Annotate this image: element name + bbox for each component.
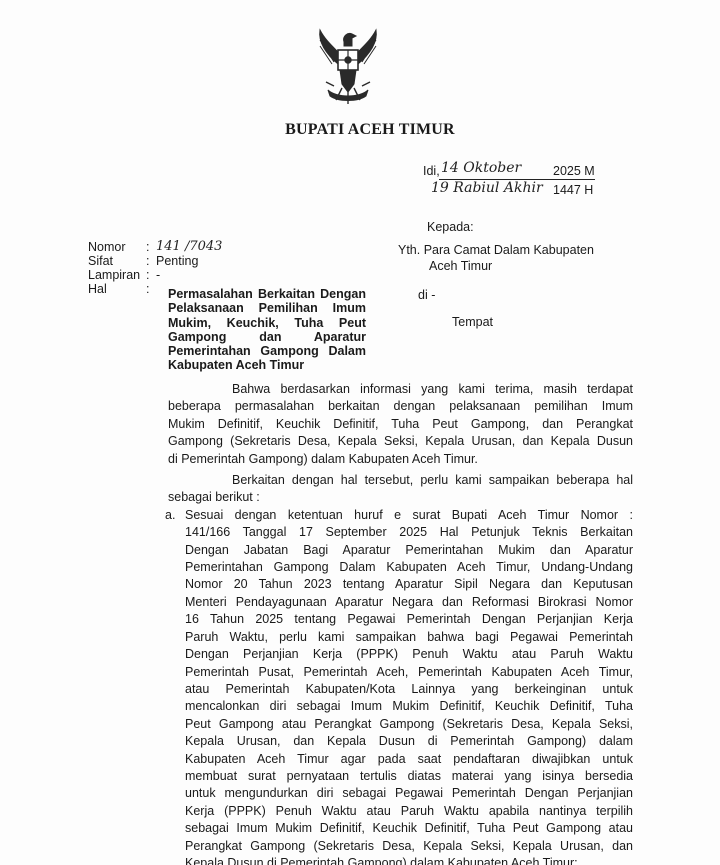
colon: : [146, 268, 156, 282]
place-prefix: Idi, [423, 164, 440, 178]
body-line: sebagai berikut : [168, 489, 633, 506]
body-line: di Pemerintah Gampong) dalam Kabupaten A… [168, 451, 633, 468]
lampiran-label: Lampiran [88, 268, 146, 282]
nomor-value: 141 /7043 [156, 240, 222, 254]
body-line: Dengan Jabatan Bagi Aparatur Pemerintaha… [185, 542, 633, 559]
list-item-a-text: Sesuai dengan ketentuan huruf e surat Bu… [185, 507, 633, 865]
subject-line: Mukim, Keuchik, Tuha Peut [168, 316, 366, 330]
body-line: mencalonkan diri sebagai Imum Mukim Defi… [185, 698, 633, 715]
body-line: Menteri Pendayagunaan Aparatur Negara da… [185, 594, 633, 611]
body-line: Perangkat Gampong (Sekretaris Desa, Kepa… [185, 838, 633, 855]
colon: : [146, 254, 156, 268]
body-line: 16 Tahun 2025 tentang Pegawai Pemerintah… [185, 611, 633, 628]
lampiran-value: - [156, 268, 160, 282]
body-line: Pemerintahan Gampong Dalam Kabupaten Ace… [185, 559, 633, 576]
body-line: Dengan Perjanjian Kerja (PPPK) Penuh Wak… [185, 646, 633, 663]
subject-line: Kabupaten Aceh Timur [168, 358, 366, 372]
body-line: Kepala Dusun di Pemerintah Gampong) dala… [185, 855, 633, 865]
list-item-a: a. Sesuai dengan ketentuan huruf e surat… [168, 507, 633, 865]
body-line: Kabupaten Aceh Timur agar pada saat pend… [185, 751, 633, 768]
nomor-label: Nomor [88, 240, 146, 254]
issuer-title: BUPATI ACEH TIMUR [0, 121, 720, 139]
lampiran-row: Lampiran : - [88, 268, 222, 282]
gregorian-date-handwritten: 14 Oktober [441, 160, 521, 176]
hijri-date-handwritten: 19 Rabiul Akhir [431, 180, 543, 196]
list-marker: a. [165, 507, 175, 524]
tempat-label: Tempat [452, 315, 493, 329]
colon: : [146, 240, 156, 254]
body-line: Gampong (Sekretaris Desa, Kepala Seksi, … [168, 433, 633, 450]
sifat-label: Sifat [88, 254, 146, 268]
body-line: beberapa permasalahan berkaitan dengan p… [168, 398, 633, 415]
body-line: atau Pemerintah Kabupaten/Kota Lainnya y… [185, 681, 633, 698]
body-line: untuk mengundurkan diri sebagai Pegawai … [185, 785, 633, 802]
body-line: 141/166 Tanggal 17 September 2025 Hal Pe… [185, 524, 633, 541]
body-line: sebagai Imum Mukim Definitif, Keuchik De… [185, 820, 633, 837]
body-line: Peut Gampong atau Perangkat Gampong (Sek… [185, 716, 633, 733]
body-line: Bahwa berdasarkan informasi yang kami te… [168, 381, 633, 398]
recipient-line-1: Yth. Para Camat Dalam Kabupaten [398, 242, 594, 258]
kepada-label: Kepada: [427, 220, 474, 234]
paragraph-1: Bahwa berdasarkan informasi yang kami te… [168, 381, 633, 468]
hijri-year: 1447 H [553, 183, 593, 197]
body-line: Nomor 20 Tahun 2023 tentang Aparatur Sip… [185, 576, 633, 593]
body-line: Berkaitan dengan hal tersebut, perlu kam… [168, 472, 633, 489]
subject-text: Permasalahan Berkaitan Dengan Pelaksanaa… [168, 287, 366, 373]
hal-label: Hal [88, 282, 146, 296]
body-line: Pemerintah Pusat, Pemerintah Aceh, Pemer… [185, 664, 633, 681]
colon: : [146, 282, 156, 296]
subject-line: Permasalahan Berkaitan Dengan [168, 287, 366, 301]
recipient-address: Yth. Para Camat Dalam Kabupaten Aceh Tim… [398, 242, 594, 274]
letter-body: Bahwa berdasarkan informasi yang kami te… [168, 381, 633, 865]
sifat-value: Penting [156, 254, 198, 268]
nomor-row: Nomor : 141 /7043 [88, 240, 222, 254]
body-line: Kepala Urusan, dan Kepala Dusun di Pemer… [185, 733, 633, 750]
body-line: membuat surat pernyataan tertulis diatas… [185, 768, 633, 785]
body-line: Kerja (PPPK) Penuh Waktu atau Paruh Wakt… [185, 803, 633, 820]
subject-line: Pemerintahan Gampong Dalam [168, 344, 366, 358]
gregorian-year: 2025 M [553, 164, 595, 178]
body-line: Sesuai dengan ketentuan huruf e surat Bu… [185, 507, 633, 524]
body-line: Paruh Waktu, perlu kami sampaikan bahwa … [185, 629, 633, 646]
letter-page: BUPATI ACEH TIMUR Idi, 14 Oktober 2025 M… [0, 0, 720, 865]
subject-line: Pelaksanaan Pemilihan Imum [168, 301, 366, 315]
di-label: di - [418, 288, 435, 302]
subject-line: Gampong dan Aparatur [168, 330, 366, 344]
garuda-emblem-icon [308, 24, 388, 114]
body-line: Mukim Definitif, Keuchik Definitif, Tuha… [168, 416, 633, 433]
recipient-line-2: Aceh Timur [398, 258, 594, 274]
sifat-row: Sifat : Penting [88, 254, 222, 268]
paragraph-2: Berkaitan dengan hal tersebut, perlu kam… [168, 472, 633, 507]
